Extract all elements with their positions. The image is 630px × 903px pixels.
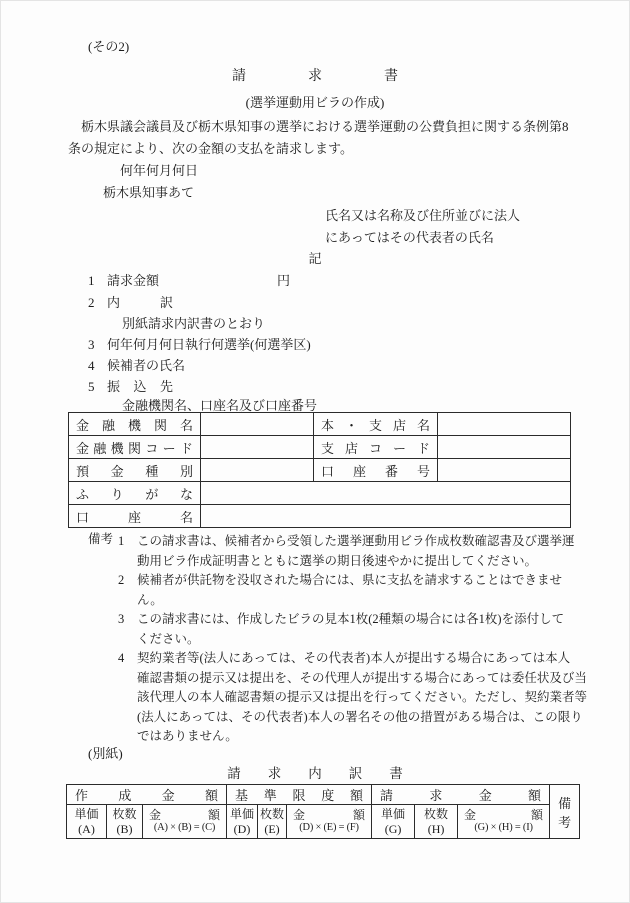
item-1-number: 1 bbox=[88, 273, 107, 289]
bank-code-value bbox=[201, 436, 314, 459]
bank-table-row-account-name: 口座名 bbox=[69, 505, 571, 528]
account-number-value bbox=[438, 459, 571, 482]
breakdown-subheader-row: 単価(A) 枚数(B) 金額(A) × (B) = (C) 単価(D) 枚数(E… bbox=[67, 805, 580, 839]
unit-price-a-header: 単価(A) bbox=[67, 805, 107, 839]
amount-f-formula: (D) × (E) = (F) bbox=[293, 822, 365, 834]
item-4-number: 4 bbox=[88, 358, 107, 374]
unit-price-d-code: (D) bbox=[234, 822, 251, 836]
note-4-line-1: 契約業者等(法人にあっては、その代表者)本人が提出する場合にあっては本人 bbox=[137, 651, 570, 665]
unit-price-d-label: 単価 bbox=[230, 807, 254, 821]
count-h-header: 枚数(H) bbox=[415, 805, 458, 839]
item-4-label: 候補者の氏名 bbox=[107, 358, 185, 373]
unit-price-d-header: 単価(D) bbox=[227, 805, 258, 839]
breakdown-title-row: 請求内訳書 bbox=[0, 766, 630, 783]
bank-table-row-2: 金融機関コード 支店コード bbox=[69, 436, 571, 459]
remark-note-3: 3この請求書には、作成したビラの見本1枚(2種類の場合には各1枚)を添付して bbox=[118, 610, 598, 630]
item-3-number: 3 bbox=[88, 337, 107, 353]
unit-price-g-label: 単価 bbox=[381, 807, 405, 821]
unit-price-g-header: 単価(G) bbox=[372, 805, 415, 839]
deposit-type-label: 預金種別 bbox=[69, 459, 201, 482]
account-name-label: 口座名 bbox=[69, 505, 201, 528]
note-1-line-2: 動用ビラ作成証明書とともに選挙の期日後速やかに提出してください。 bbox=[118, 552, 598, 572]
document-title: 請求書 bbox=[232, 69, 460, 84]
remark-note-2: 2候補者が供託物を没収された場合には、県に支払を請求することはできませ bbox=[118, 571, 598, 591]
group-header-claim-amount: 請求金額 bbox=[372, 785, 550, 805]
note-2-line-1: 候補者が供託物を没収された場合には、県に支払を請求することはできませ bbox=[137, 573, 562, 587]
amount-c-header: 金額(A) × (B) = (C) bbox=[143, 805, 227, 839]
claim-item-3: 3何年何月何日執行何選挙(何選挙区) bbox=[88, 337, 311, 353]
note-4-line-4: (法人にあっては、その代表者)本人の署名その他の措置がある場合は、この限り bbox=[118, 708, 598, 728]
claim-item-2-sub: 別紙請求内訳書のとおり bbox=[122, 316, 265, 332]
breakdown-table: 作成金額 基準限度額 請求金額 備考 単価(A) 枚数(B) 金額(A) × (… bbox=[66, 784, 580, 839]
remark-note-4: 4契約業者等(法人にあっては、その代表者)本人が提出する場合にあっては本人 bbox=[118, 649, 598, 669]
note-4-number: 4 bbox=[118, 649, 137, 669]
amount-c-formula: (A) × (B) = (C) bbox=[149, 822, 220, 834]
note-2-line-2: ん。 bbox=[118, 591, 598, 611]
bank-table-row-1: 金融機関名 本・支店名 bbox=[69, 413, 571, 436]
amount-f-header: 金額(D) × (E) = (F) bbox=[287, 805, 372, 839]
bank-code-label: 金融機関コード bbox=[69, 436, 201, 459]
corner-label: (その2) bbox=[88, 39, 129, 55]
item-5-number: 5 bbox=[88, 379, 107, 395]
bank-table-row-furigana: ふりがな bbox=[69, 482, 571, 505]
account-number-label: 口座番号 bbox=[314, 459, 438, 482]
remarks-heading: 備考 bbox=[88, 532, 113, 548]
claimant-line-1: 氏名又は名称及び住所並びに法人 bbox=[325, 208, 520, 224]
bank-name-label: 金融機関名 bbox=[69, 413, 201, 436]
count-b-code: (B) bbox=[117, 822, 133, 836]
note-1-line-1: この請求書は、候補者から受領した選挙運動用ビラ作成枚数確認書及び選挙運 bbox=[137, 534, 575, 548]
count-e-header: 枚数(E) bbox=[258, 805, 287, 839]
intro-line-2: 条の規定により、次の金額の支払を請求します。 bbox=[68, 141, 353, 157]
count-b-label: 枚数 bbox=[112, 807, 136, 821]
branch-code-value bbox=[438, 436, 571, 459]
note-1-number: 1 bbox=[118, 532, 137, 552]
branch-name-value bbox=[438, 413, 571, 436]
branch-name-label: 本・支店名 bbox=[314, 413, 438, 436]
count-e-code: (E) bbox=[264, 822, 279, 836]
unit-price-a-label: 単価 bbox=[74, 807, 98, 821]
account-name-value bbox=[201, 505, 571, 528]
count-b-header: 枚数(B) bbox=[107, 805, 143, 839]
claim-item-2: 2内訳 bbox=[88, 295, 173, 311]
claim-item-1: 1請求金額 円 bbox=[88, 273, 568, 289]
claim-item-5: 5振込先 bbox=[88, 379, 173, 395]
record-mark: 記 bbox=[0, 251, 630, 267]
breakdown-title: 請求内訳書 bbox=[227, 766, 430, 781]
note-3-number: 3 bbox=[118, 610, 137, 630]
remarks-body: 1この請求書は、候補者から受領した選挙運動用ビラ作成枚数確認書及び選挙運 動用ビ… bbox=[118, 532, 598, 747]
amount-i-formula: (G) × (H) = (I) bbox=[464, 822, 543, 834]
amount-i-label: 金額 bbox=[464, 808, 543, 822]
item-3-label: 何年何月何日執行何選挙(何選挙区) bbox=[107, 337, 311, 352]
deposit-type-value bbox=[201, 459, 314, 482]
item-1-unit: 円 bbox=[277, 273, 290, 289]
furigana-value bbox=[201, 482, 571, 505]
addressee-line: 栃木県知事あて bbox=[103, 185, 194, 201]
bank-transfer-table: 金融機関名 本・支店名 金融機関コード 支店コード 預金種別 口座番号 ふりがな… bbox=[68, 412, 571, 528]
item-5-label: 振込先 bbox=[107, 379, 173, 395]
count-h-code: (H) bbox=[428, 822, 445, 836]
amount-i-header: 金額(G) × (H) = (I) bbox=[458, 805, 550, 839]
date-line: 何年何月何日 bbox=[120, 163, 198, 179]
invoice-document-page: (その2) 請求書 (選挙運動用ビラの作成) 栃木県議会議員及び栃木県知事の選挙… bbox=[0, 0, 630, 903]
count-h-label: 枚数 bbox=[424, 807, 448, 821]
claimant-line-2: にあってはその代表者の氏名 bbox=[325, 230, 494, 246]
remark-note-1: 1この請求書は、候補者から受領した選挙運動用ビラ作成枚数確認書及び選挙運 bbox=[118, 532, 598, 552]
note-3-line-1: この請求書には、作成したビラの見本1枚(2種類の場合には各1枚)を添付して bbox=[137, 612, 564, 626]
note-4-line-3: 該代理人の本人確認書類の提示又は提出を行ってください。ただし、契約業者等 bbox=[118, 688, 598, 708]
amount-c-label: 金額 bbox=[149, 808, 220, 822]
bank-table-row-3: 預金種別 口座番号 bbox=[69, 459, 571, 482]
item-2-number: 2 bbox=[88, 295, 107, 311]
amount-f-label: 金額 bbox=[293, 808, 365, 822]
note-4-line-5: ではありません。 bbox=[118, 727, 598, 747]
intro-line-1: 栃木県議会議員及び栃木県知事の選挙における選挙運動の公費負担に関する条例第8 bbox=[81, 119, 569, 135]
group-header-production-amount: 作成金額 bbox=[67, 785, 227, 805]
bank-name-value bbox=[201, 413, 314, 436]
remarks-column-header: 備考 bbox=[550, 785, 580, 839]
unit-price-g-code: (G) bbox=[385, 822, 402, 836]
breakdown-group-header-row: 作成金額 基準限度額 請求金額 備考 bbox=[67, 785, 580, 805]
furigana-label: ふりがな bbox=[69, 482, 201, 505]
claim-item-4: 4候補者の氏名 bbox=[88, 358, 185, 374]
branch-code-label: 支店コード bbox=[314, 436, 438, 459]
document-subtitle: (選挙運動用ビラの作成) bbox=[0, 95, 630, 111]
count-e-label: 枚数 bbox=[260, 807, 284, 821]
unit-price-a-code: (A) bbox=[78, 822, 95, 836]
note-2-number: 2 bbox=[118, 571, 137, 591]
item-1-label: 請求金額 bbox=[107, 273, 159, 288]
item-2-label: 内訳 bbox=[107, 295, 173, 311]
attachment-label: (別紙) bbox=[88, 746, 123, 762]
document-title-row: 請求書 bbox=[0, 68, 630, 86]
note-3-line-2: ください。 bbox=[118, 630, 598, 650]
note-4-line-2: 確認書類の提示又は提出を、その代理人が提出する場合にあっては委任状及び当 bbox=[118, 669, 598, 689]
group-header-standard-limit: 基準限度額 bbox=[227, 785, 372, 805]
